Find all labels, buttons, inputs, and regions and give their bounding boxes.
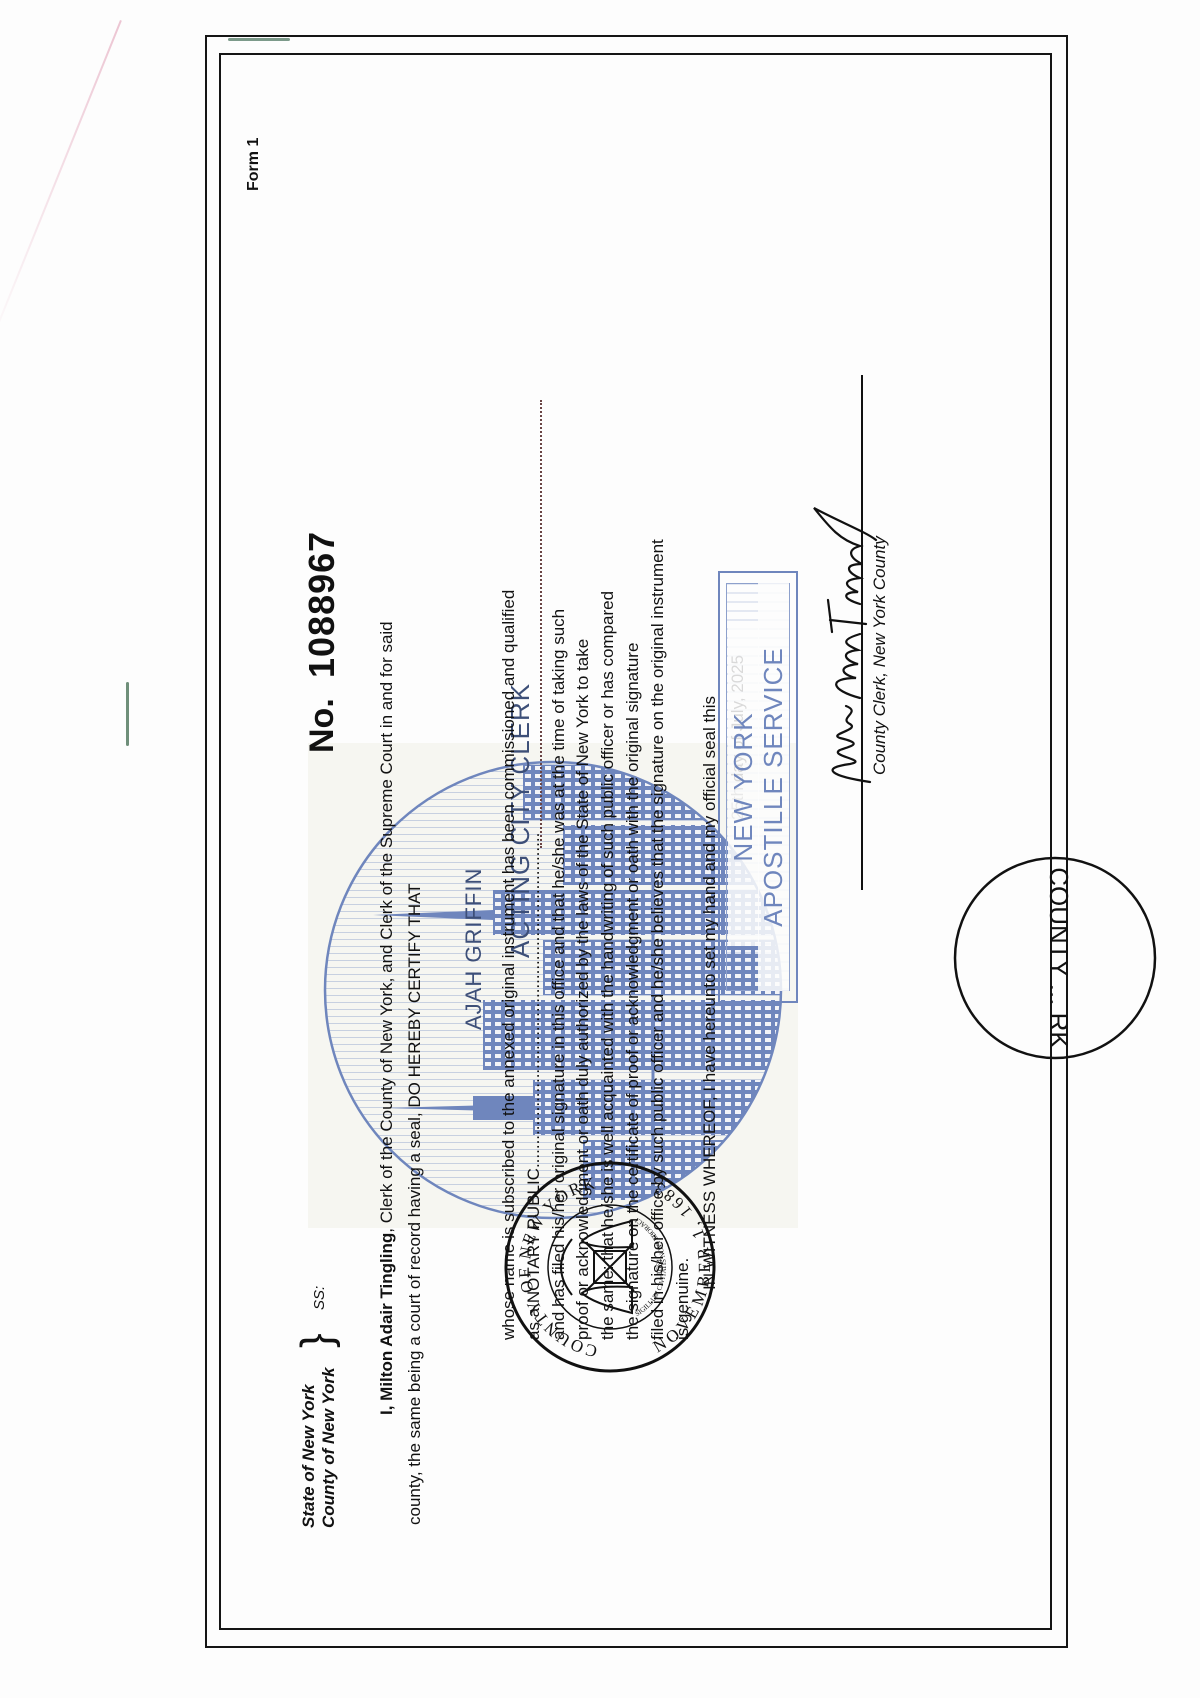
- venue-county: County of New York: [319, 1367, 339, 1528]
- apostille-line-2: APOSTILLE SERVICE: [758, 583, 789, 991]
- county-seal: COUNTY OF NEW YORK NOVEMBER 1, 1683 SIGI…: [502, 1159, 718, 1375]
- venue-block: State of New York County of New York: [299, 1367, 339, 1528]
- intro-line-1: I, Milton Adair Tingling, Clerk of the C…: [377, 621, 397, 1415]
- svg-text:COUNTY OF NEW YORK: COUNTY OF NEW YORK: [515, 1173, 599, 1361]
- staple-mark: [126, 682, 129, 746]
- venue-state: State of New York: [299, 1367, 319, 1528]
- notary-name: AJAH GRIFFIN: [461, 868, 487, 1030]
- certificate-number: 1088967: [301, 531, 343, 678]
- apostille-stamp: NEW YORK APOSTILLE SERVICE: [718, 571, 798, 1003]
- clerk-title: , Clerk of the County of New York, and C…: [377, 621, 396, 1232]
- scan-artifact-line: [0, 20, 122, 355]
- form-label: Form 1: [245, 138, 263, 191]
- intro-line-2: county, the same being a court of record…: [405, 883, 425, 1525]
- signature-line: [861, 375, 863, 890]
- certificate-document: Form 1 State of New York County of New Y…: [205, 35, 1068, 1648]
- venue-brace: }: [295, 1333, 339, 1348]
- certificate-number-label: No.: [303, 698, 342, 753]
- clerk-name: I, Milton Adair Tingling: [377, 1233, 396, 1415]
- partial-county-stamp: COUNTY ... RK: [950, 853, 1160, 1063]
- ss-label: SS:: [311, 1286, 328, 1310]
- svg-text:COUNTY ... RK: COUNTY ... RK: [1044, 867, 1074, 1049]
- signature-caption: County Clerk, New York County: [870, 536, 890, 775]
- apostille-line-1: NEW YORK: [728, 628, 759, 946]
- svg-text:1664: 1664: [655, 1259, 664, 1275]
